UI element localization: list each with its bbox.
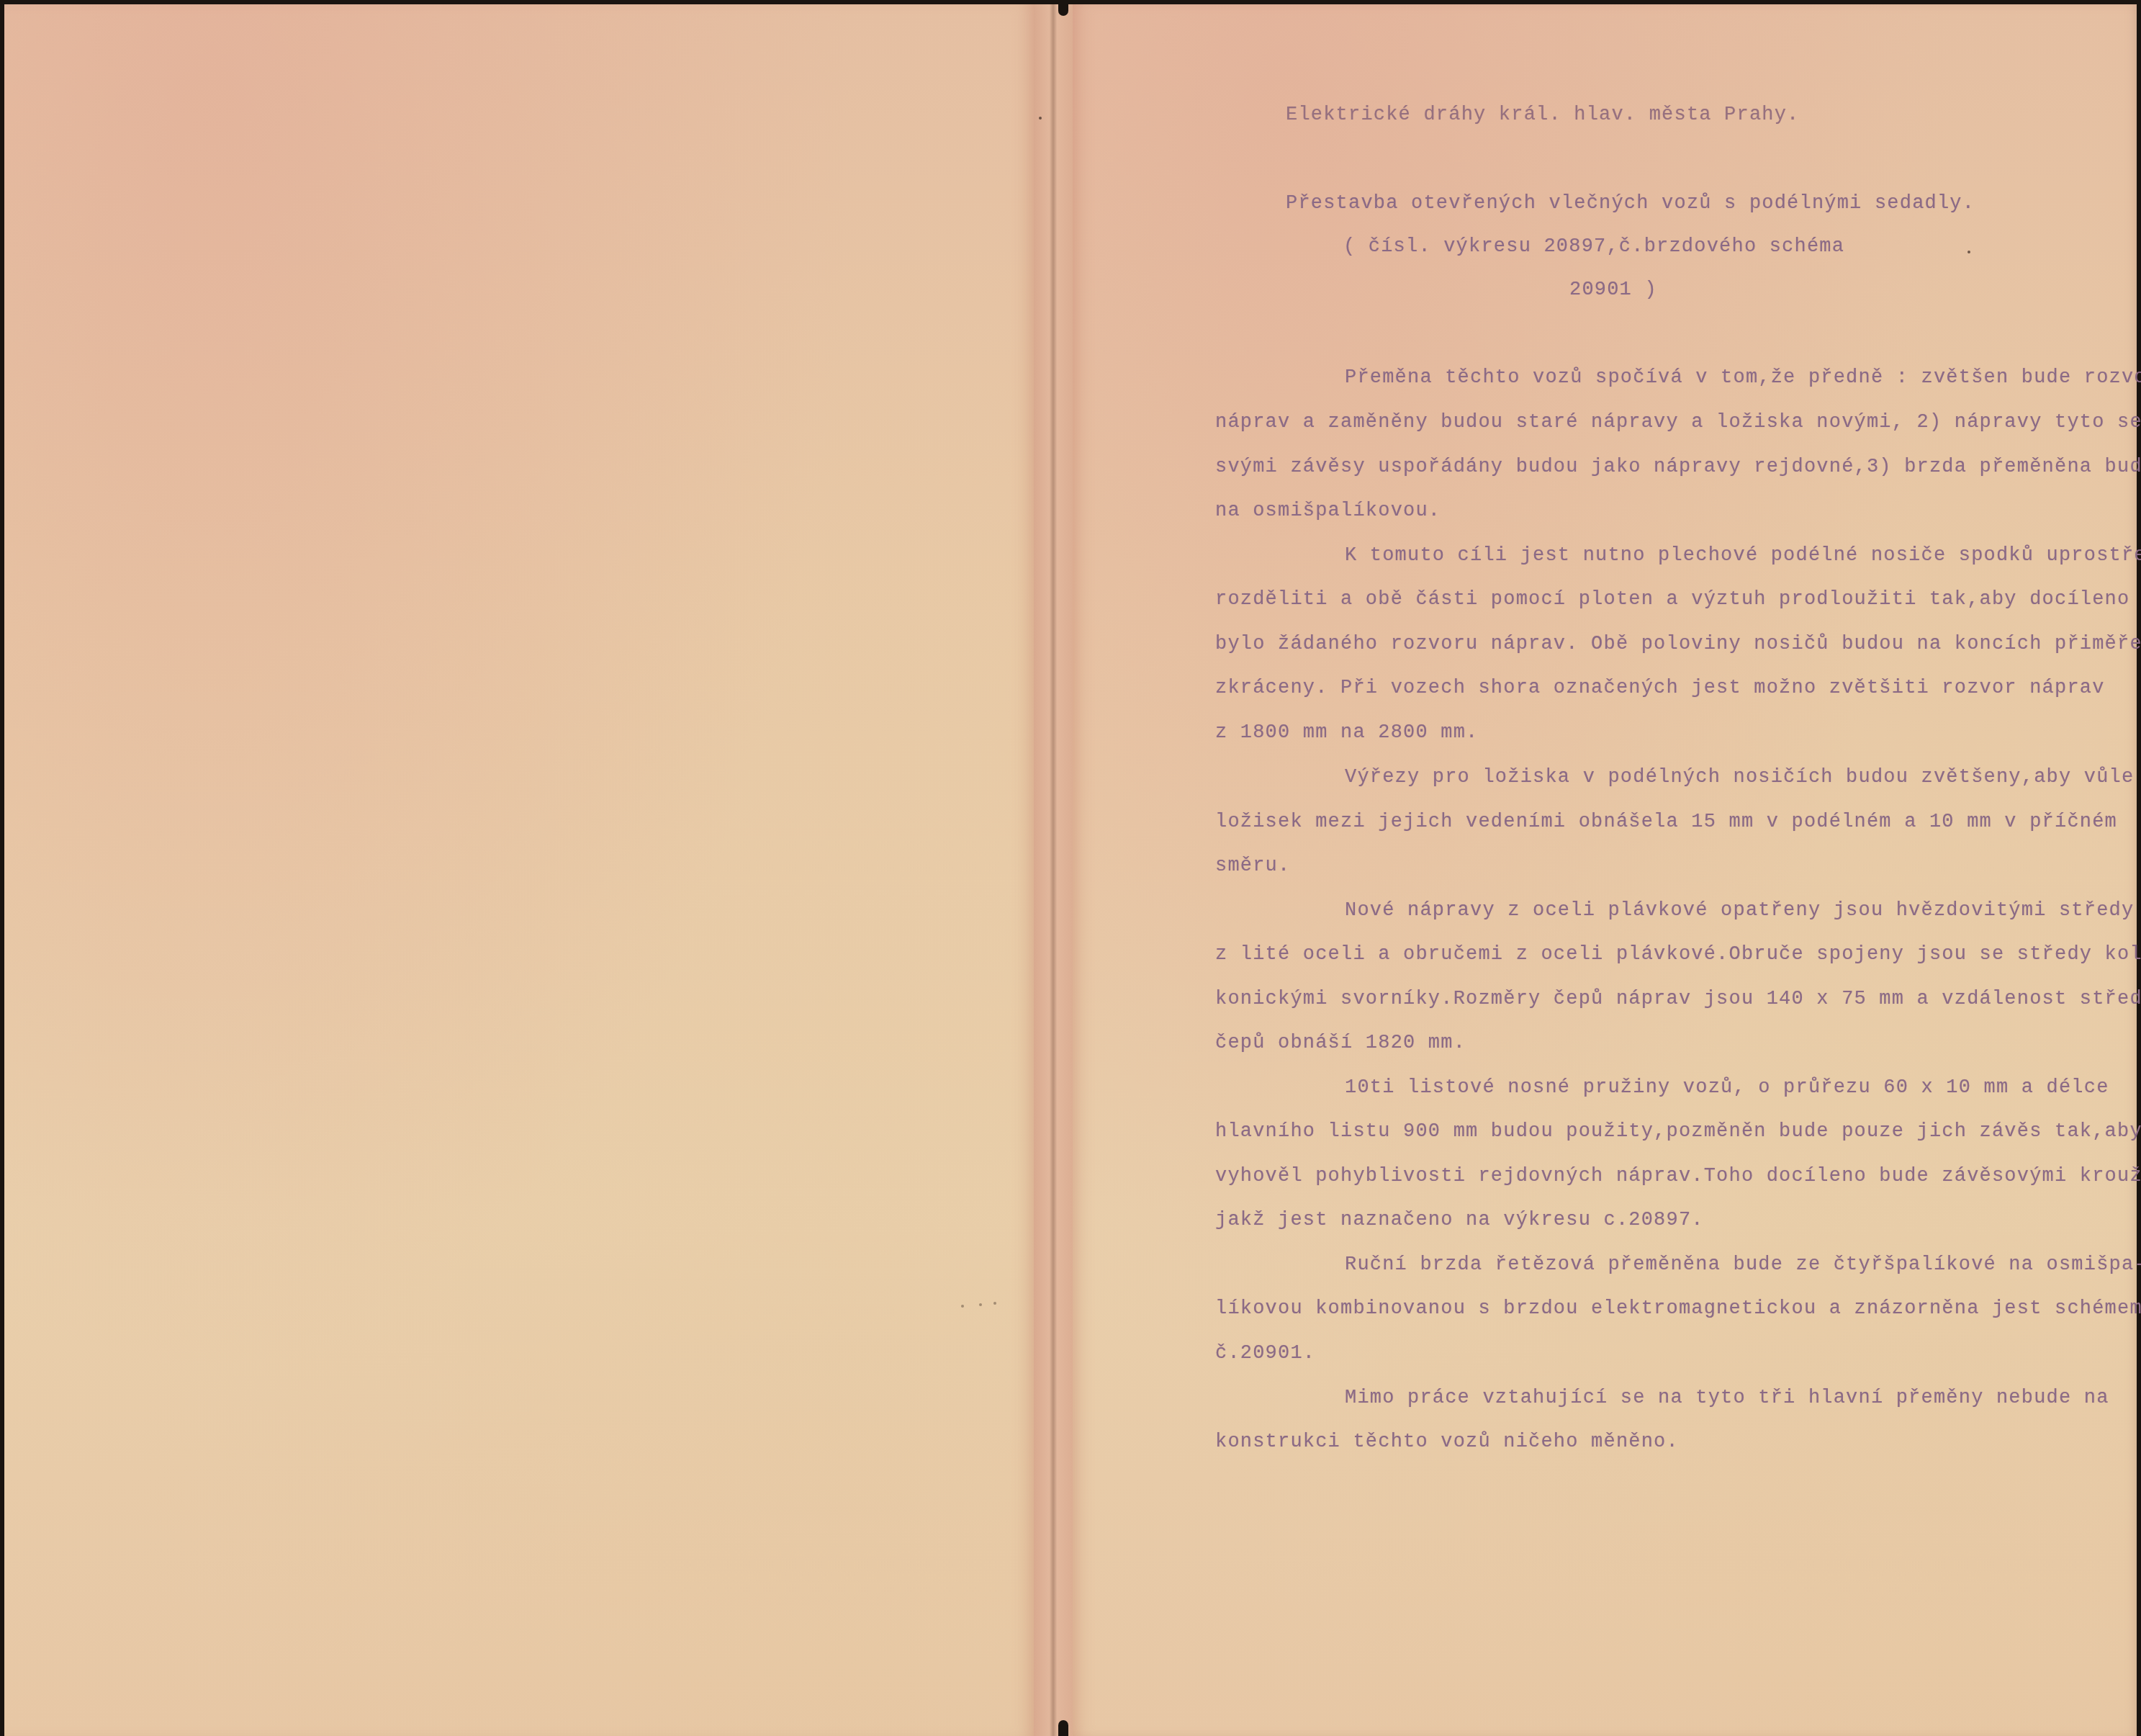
paper-speck bbox=[993, 1302, 996, 1305]
body-text-line: vyhověl pohyblivosti rejdovných náprav.T… bbox=[1215, 1166, 2141, 1187]
drawing-reference-line-1: ( čísl. výkresu 20897,č.brzdového schéma bbox=[1343, 236, 1844, 258]
drawing-reference-line-2: 20901 ) bbox=[1569, 279, 1657, 301]
document-title: Přestavba otevřených vlečných vozů s pod… bbox=[1286, 193, 1975, 215]
body-text-line: jakž jest naznačeno na výkresu c.20897. bbox=[1215, 1210, 1704, 1231]
body-text-line: K tomuto cíli jest nutno plechové podéln… bbox=[1215, 545, 2141, 567]
body-text-line: svými závěsy uspořádány budou jako nápra… bbox=[1215, 457, 2141, 478]
body-text-line: hlavního listu 900 mm budou použity,pozm… bbox=[1215, 1121, 2141, 1143]
body-text-line: na osmišpalíkovou. bbox=[1215, 500, 1441, 522]
paper-speck bbox=[961, 1305, 964, 1308]
body-text-line: ložisek mezi jejich vedeními obnášela 15… bbox=[1215, 811, 2117, 833]
body-text-line: líkovou kombinovanou s brzdou elektromag… bbox=[1215, 1298, 2141, 1320]
binding-notch-top bbox=[1058, 0, 1068, 16]
organization-header: Elektrické dráhy král. hlav. města Prahy… bbox=[1286, 104, 1800, 126]
body-text-line: Výřezy pro ložiska v podélných nosičích … bbox=[1215, 767, 2134, 788]
document-spread bbox=[4, 4, 2137, 1736]
body-text-line: konstrukci těchto vozů ničeho měněno. bbox=[1215, 1431, 1679, 1453]
body-text-line: z 1800 mm na 2800 mm. bbox=[1215, 722, 1478, 744]
left-page-blank bbox=[4, 4, 1034, 1736]
body-text-line: směru. bbox=[1215, 855, 1290, 877]
body-text-line: Ruční brzda řetězová přeměněna bude ze č… bbox=[1215, 1254, 2141, 1276]
body-text-line: konickými svorníky.Rozměry čepů náprav j… bbox=[1215, 989, 2141, 1010]
paper-speck bbox=[1039, 117, 1042, 120]
book-gutter bbox=[1034, 4, 1073, 1736]
body-text-line: čepů obnáší 1820 mm. bbox=[1215, 1033, 1466, 1054]
body-text-line: bylo žádaného rozvoru náprav. Obě polovi… bbox=[1215, 634, 2141, 655]
paper-speck bbox=[979, 1303, 982, 1306]
body-text-line: 10ti listové nosné pružiny vozů, o průře… bbox=[1215, 1077, 2109, 1099]
body-text-line: náprav a zaměněny budou staré nápravy a … bbox=[1215, 412, 2141, 433]
body-text-line: zkráceny. Při vozech shora označených je… bbox=[1215, 678, 2105, 699]
body-text-line: Mimo práce vztahující se na tyto tři hla… bbox=[1215, 1388, 2109, 1409]
binding-notch-bottom bbox=[1058, 1720, 1068, 1736]
body-text-line: č.20901. bbox=[1215, 1343, 1315, 1364]
body-text-line: Přeměna těchto vozů spočívá v tom,že pře… bbox=[1215, 367, 2141, 389]
paper-speck bbox=[1968, 251, 1970, 253]
body-text-line: rozděliti a obě části pomocí ploten a vý… bbox=[1215, 589, 2129, 611]
body-text-line: Nové nápravy z oceli plávkové opatřeny j… bbox=[1215, 900, 2134, 922]
body-text-line: z lité oceli a obručemi z oceli plávkové… bbox=[1215, 944, 2141, 966]
